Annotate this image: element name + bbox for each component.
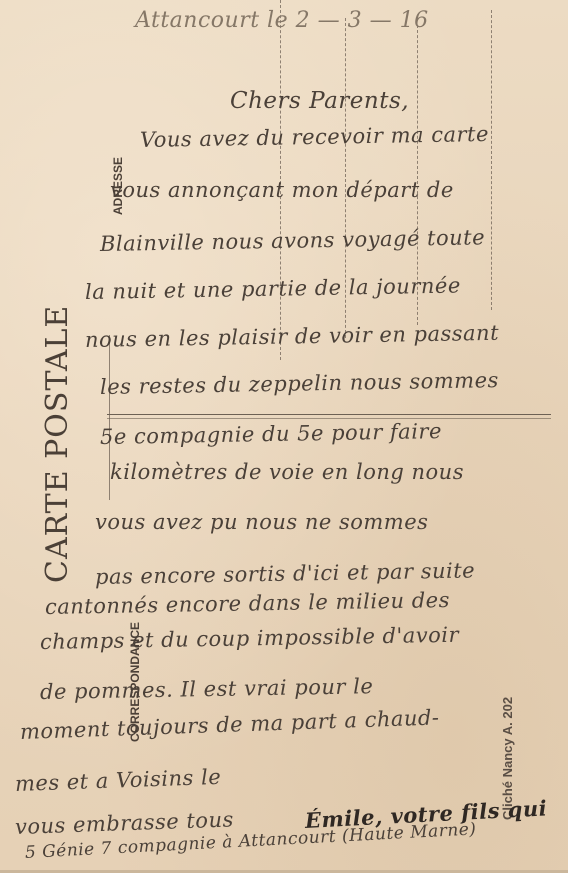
- letter-line-12: champs et du coup impossible d'avoir: [40, 623, 459, 654]
- letter-line-6: les restes du zeppelin nous sommes: [100, 368, 499, 399]
- letter-line-4: la nuit et une partie de la journée: [85, 273, 461, 304]
- salutation: Chers Parents,: [230, 88, 409, 114]
- letter-line-8: kilomètres de voie en long nous: [110, 460, 464, 484]
- letter-line-7: 5e compagnie du 5e pour faire: [100, 419, 442, 449]
- divider-horizontal-2: [107, 418, 551, 419]
- carte-postale-heading: CARTE POSTALE: [40, 305, 75, 583]
- letter-line-9: vous avez pu nous ne sommes: [95, 510, 428, 534]
- letter-line-3: Blainville nous avons voyagé toute: [100, 225, 485, 256]
- dateline: Attancourt le 2 — 3 — 16: [135, 8, 429, 33]
- letter-line-2: vous annonçant mon départ de: [110, 178, 454, 202]
- divider-horizontal: [107, 414, 551, 415]
- address-rule-4: [491, 10, 492, 310]
- letter-line-10: pas encore sortis d'ici et par suite: [95, 558, 476, 589]
- letter-line-5: nous en les plaisir de voir en passant: [85, 321, 499, 352]
- postcard-back: CARTE POSTALE ADRESSE CORRESPONDANCE Cli…: [0, 0, 568, 873]
- letter-line-15: mes et a Voisins le: [15, 765, 222, 796]
- letter-line-11: cantonnés encore dans le milieu des: [45, 588, 450, 619]
- letter-line-13: de pommes. Il est vrai pour le: [40, 674, 374, 704]
- letter-line-1: Vous avez du recevoir ma carte: [140, 122, 489, 152]
- letter-line-14: moment toujours de ma part a chaud-: [20, 705, 440, 744]
